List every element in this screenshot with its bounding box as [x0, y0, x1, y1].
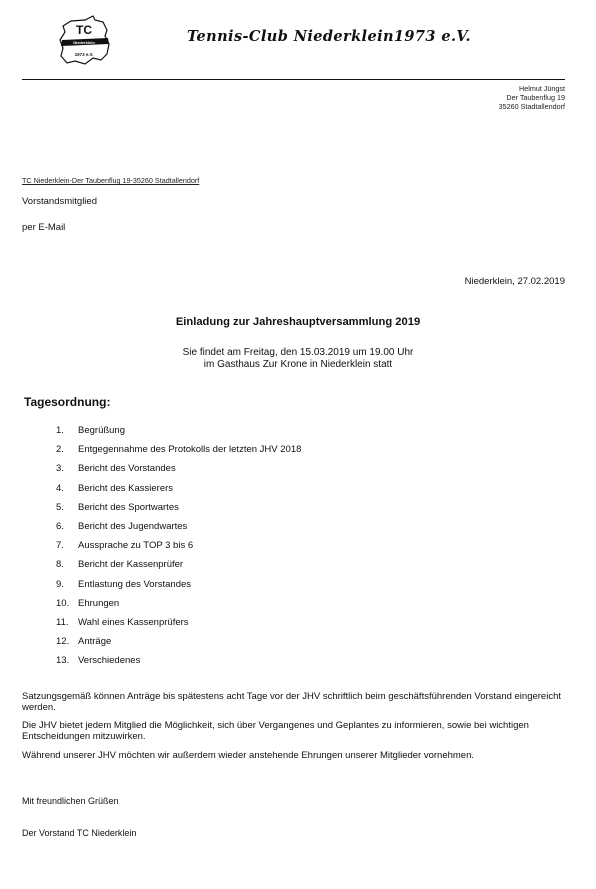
agenda-item-number: 7. [56, 536, 78, 555]
agenda-item: 12.Anträge [56, 632, 301, 651]
agenda-item: 6.Bericht des Jugendwartes [56, 517, 301, 536]
agenda-item-text: Bericht des Kassierers [78, 483, 173, 494]
agenda-item-number: 2. [56, 440, 78, 459]
agenda-heading: Tagesordnung: [24, 395, 110, 409]
paragraph-motions: Satzungsgemäß können Anträge bis spätest… [22, 691, 574, 713]
agenda-item-number: 11. [56, 613, 78, 632]
agenda-item: 3.Bericht des Vorstandes [56, 459, 301, 478]
agenda-item-text: Entlastung des Vorstandes [78, 579, 191, 590]
agenda-item: 9.Entlastung des Vorstandes [56, 575, 301, 594]
agenda-item-number: 9. [56, 575, 78, 594]
svg-text:1973 e.V.: 1973 e.V. [75, 52, 94, 57]
agenda-item: 4.Bericht des Kassierers [56, 479, 301, 498]
agenda-item-number: 12. [56, 632, 78, 651]
return-address: TC Niederklein-Der Taubenflug 19-35260 S… [22, 176, 199, 185]
paragraph-participation: Die JHV bietet jedem Mitglied die Möglic… [22, 720, 574, 742]
agenda-item-number: 6. [56, 517, 78, 536]
agenda-item-number: 3. [56, 459, 78, 478]
agenda-item-text: Ehrungen [78, 598, 119, 609]
sender-name: Helmut Jüngst [499, 84, 565, 93]
sender-city: 35260 Stadtallendorf [499, 102, 565, 111]
agenda-item-text: Bericht der Kassenprüfer [78, 559, 183, 570]
svg-text:TC: TC [76, 23, 92, 37]
meeting-location: im Gasthaus Zur Krone in Niederklein sta… [0, 359, 596, 371]
agenda-item: 11.Wahl eines Kassenprüfers [56, 613, 301, 632]
agenda-item-number: 8. [56, 555, 78, 574]
agenda-item-text: Aussprache zu TOP 3 bis 6 [78, 540, 193, 551]
letter-title: Einladung zur Jahreshauptversammlung 201… [0, 316, 596, 328]
signature: Der Vorstand TC Niederklein [22, 828, 136, 838]
agenda-item: 7.Aussprache zu TOP 3 bis 6 [56, 536, 301, 555]
agenda-item-text: Bericht des Jugendwartes [78, 521, 187, 532]
meeting-date-time: Sie findet am Freitag, den 15.03.2019 um… [0, 347, 596, 359]
club-name: Tennis-Club Niederklein1973 e.V. [187, 28, 471, 45]
recipient-line-1: Vorstandsmitglied [22, 196, 97, 207]
agenda-item-number: 10. [56, 594, 78, 613]
club-logo-icon: TC Niederklein 1973 e.V. [57, 14, 111, 66]
sender-street: Der Taubenflug 19 [499, 93, 565, 102]
header-divider [22, 79, 565, 80]
agenda-item: 2.Entgegennahme des Protokolls der letzt… [56, 440, 301, 459]
agenda-item: 13.Verschiedenes [56, 651, 301, 670]
agenda-item-text: Bericht des Vorstandes [78, 463, 176, 474]
agenda-item-text: Bericht des Sportwartes [78, 502, 179, 513]
meeting-details: Sie findet am Freitag, den 15.03.2019 um… [0, 347, 596, 370]
agenda-item-number: 4. [56, 479, 78, 498]
agenda-item-text: Begrüßung [78, 425, 125, 436]
agenda-item-text: Wahl eines Kassenprüfers [78, 617, 189, 628]
agenda-item-number: 1. [56, 421, 78, 440]
svg-text:Niederklein: Niederklein [73, 40, 95, 45]
agenda-item: 10.Ehrungen [56, 594, 301, 613]
sender-address: Helmut Jüngst Der Taubenflug 19 35260 St… [499, 84, 565, 111]
agenda-item: 5.Bericht des Sportwartes [56, 498, 301, 517]
closing-greeting: Mit freundlichen Grüßen [22, 796, 119, 806]
date-line: Niederklein, 27.02.2019 [465, 276, 565, 287]
agenda-item-number: 5. [56, 498, 78, 517]
agenda-item: 8.Bericht der Kassenprüfer [56, 555, 301, 574]
agenda-item-text: Entgegennahme des Protokolls der letzten… [78, 444, 301, 455]
agenda-item-number: 13. [56, 651, 78, 670]
agenda-item-text: Verschiedenes [78, 655, 140, 666]
recipient-line-2: per E-Mail [22, 222, 65, 233]
agenda-list: 1.Begrüßung2.Entgegennahme des Protokoll… [56, 421, 301, 670]
agenda-item: 1.Begrüßung [56, 421, 301, 440]
paragraph-honors: Während unserer JHV möchten wir außerdem… [22, 750, 574, 761]
agenda-item-text: Anträge [78, 636, 111, 647]
